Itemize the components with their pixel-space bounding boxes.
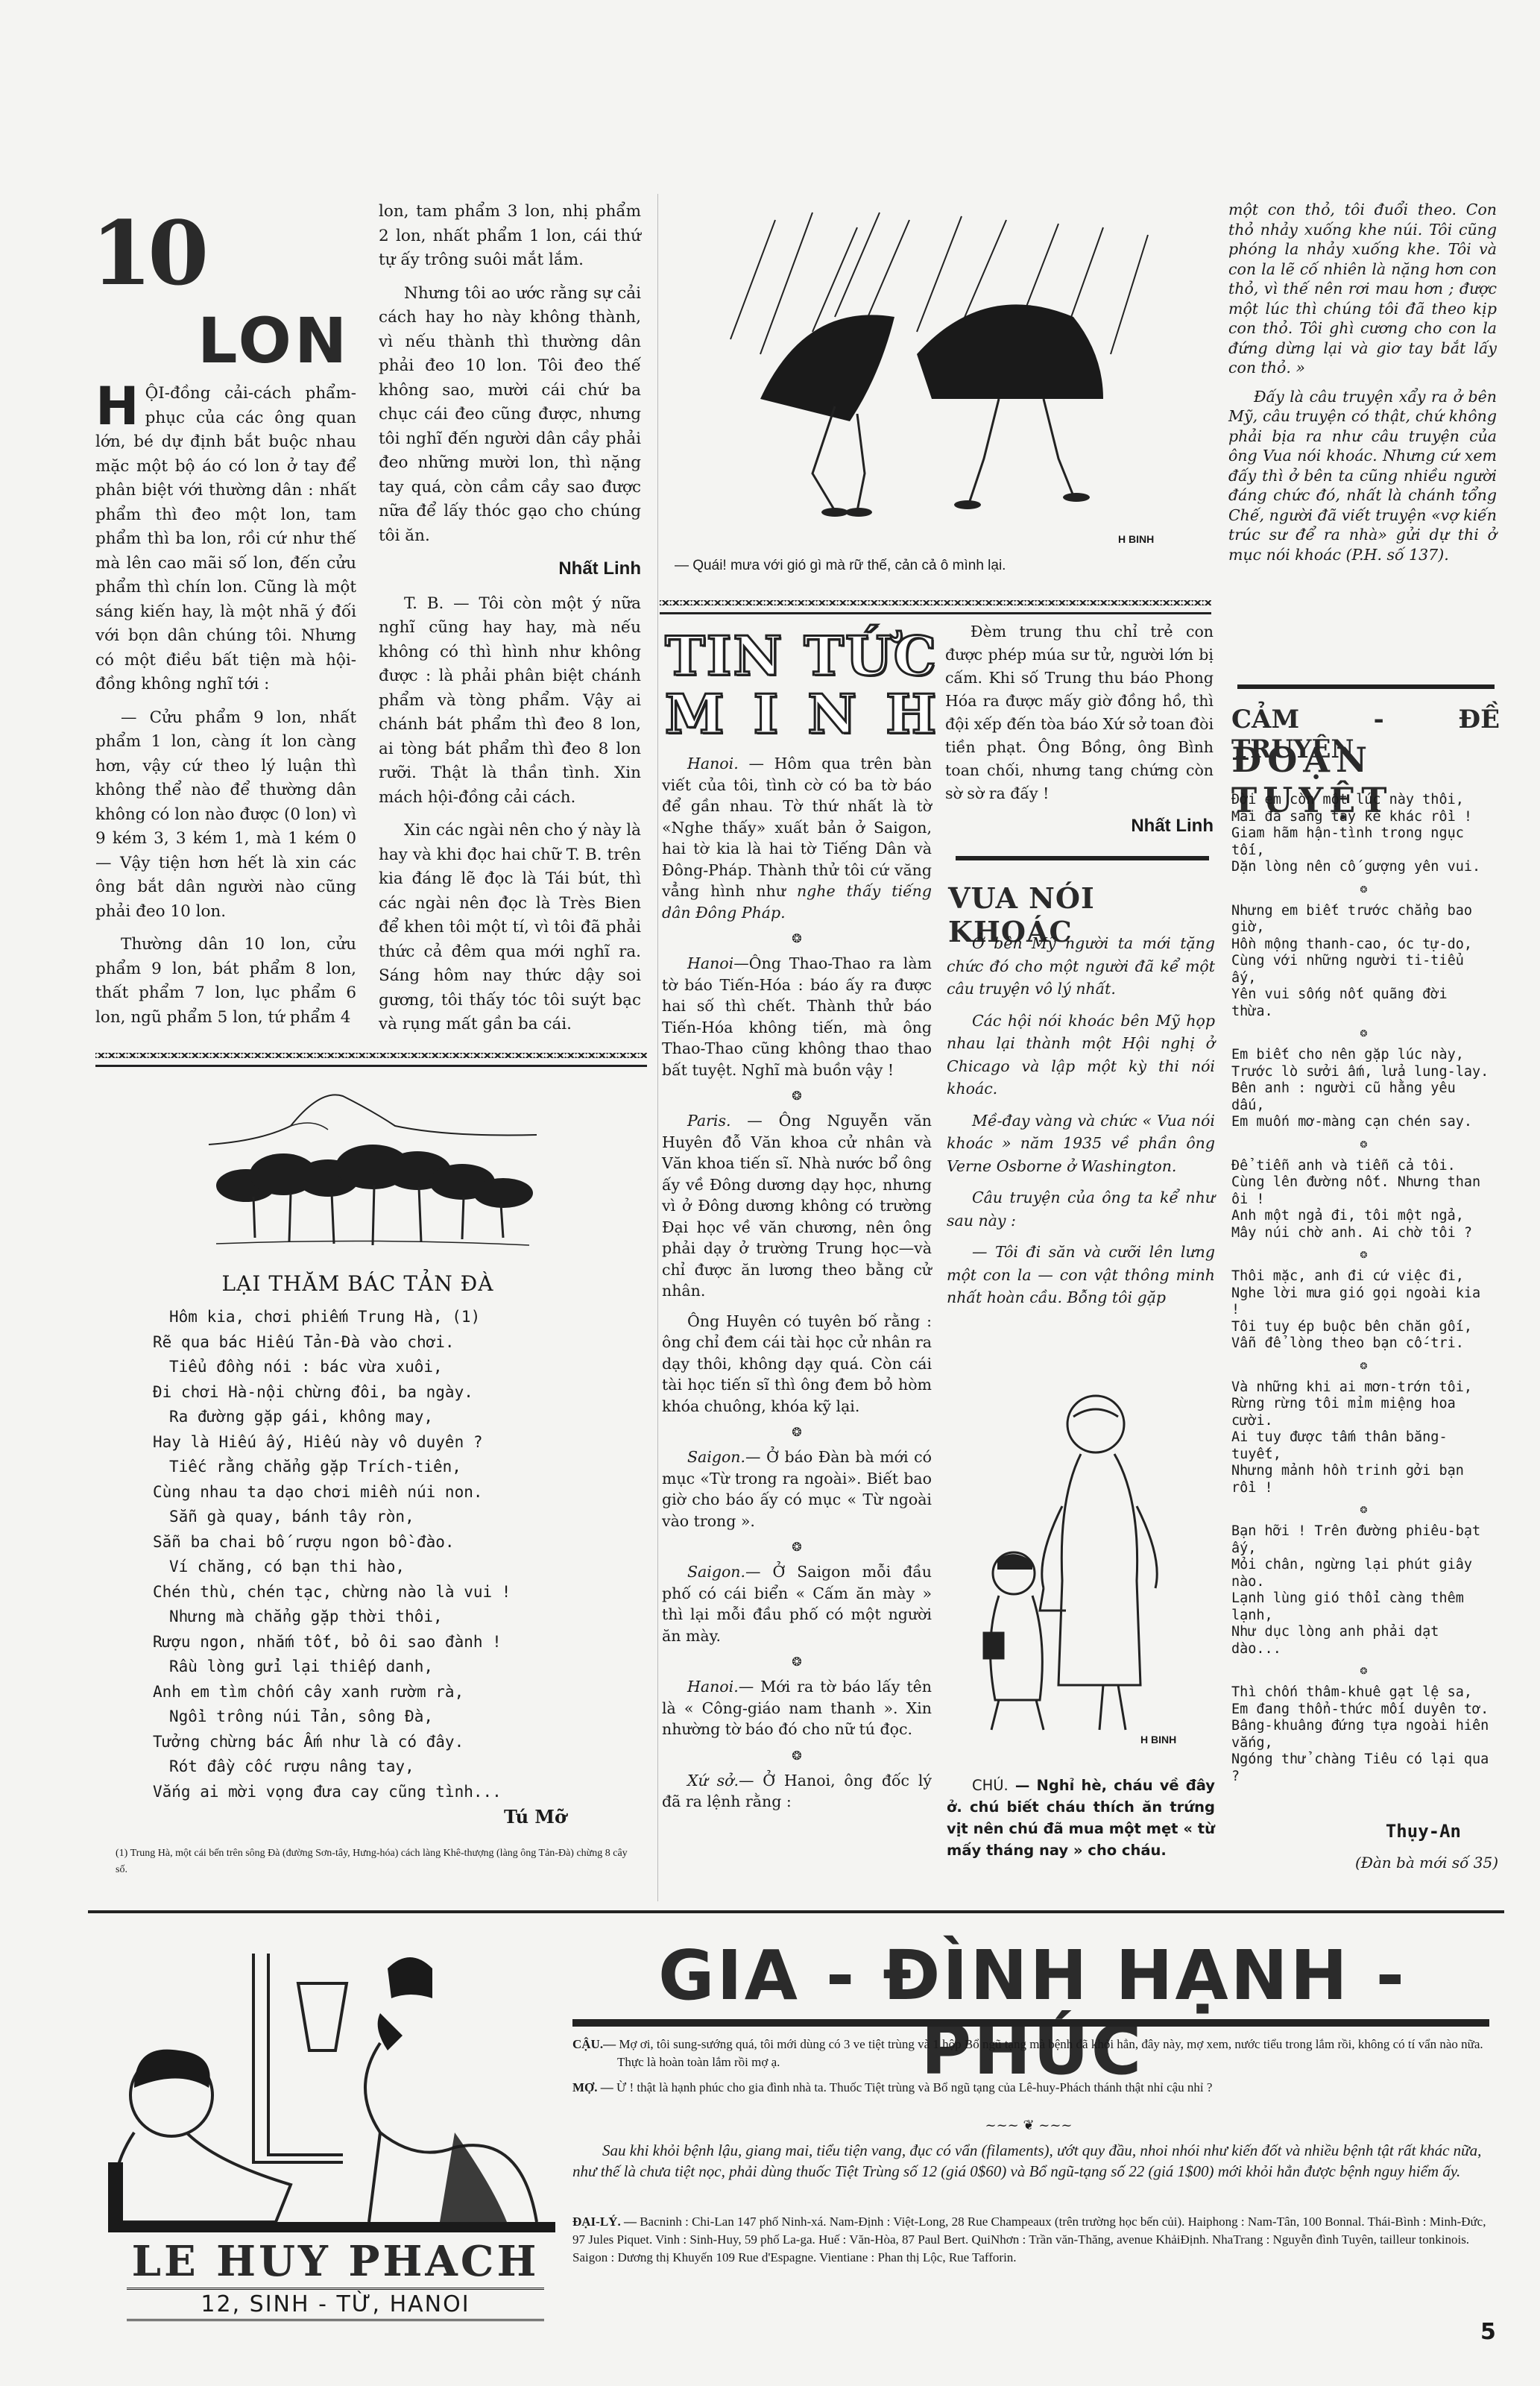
- ornament-divider: ❂: [1231, 1026, 1496, 1039]
- poem-line: Tiếc rằng chẳng gặp Trích-tiên,: [153, 1455, 570, 1480]
- poem-line: Sẵn ba chai bố rượu ngon bồ-đào.: [153, 1530, 570, 1555]
- news-dateline: Hanoi.: [687, 1678, 739, 1696]
- news-item: Paris. — Ông Nguyễn văn Huyên đỗ Văn kho…: [662, 1110, 932, 1302]
- postscript: T. B. — Tôi còn một ý nữa nghĩ cũng hay …: [379, 592, 641, 810]
- paragraph: Câu truyện của ông ta kể như sau này :: [947, 1186, 1215, 1232]
- poem-title: LẠI THĂM BÁC TẢN ĐÀ: [149, 1271, 567, 1296]
- paragraph: Mề-đay vàng và chức « Vua nói khoác » nă…: [947, 1109, 1215, 1178]
- article-title-word: LON: [198, 309, 350, 372]
- news-text: — Hôm qua trên bàn viết của tôi, tình cờ…: [662, 755, 932, 900]
- poem-doan-tuyet: Đời em còn một lúc này thôi,Mai đã sang …: [1231, 792, 1496, 1785]
- poem-line: Giam hãm hận-tình trong ngục tối,: [1231, 825, 1496, 859]
- poem-line: Hồn mộng thanh-cao, óc tự-do,: [1231, 937, 1496, 954]
- poem-stanza: Đời em còn một lúc này thôi,Mai đã sang …: [1231, 792, 1496, 876]
- ad-dialogue: CẬU.— Mợ ơi, tôi sung-sướng quá, tôi mới…: [572, 2036, 1489, 2097]
- poem-line: Rầu lòng gửi lại thiếp danh,: [153, 1655, 570, 1680]
- paragraph: một con thỏ, tôi đuổi theo. Con thỏ nhảy…: [1228, 200, 1497, 378]
- ad-brand-name: LE HUY PHACH: [127, 2237, 544, 2286]
- poem-author: Tú Mỡ: [447, 1806, 567, 1828]
- poem-line: Lạnh lùng gió thổi càng thêm lạnh,: [1231, 1590, 1496, 1624]
- news-item: Hanoi.— Mới ra tờ báo lấy tên là « Công-…: [662, 1676, 932, 1740]
- uncle-child-cartoon: [969, 1387, 1215, 1745]
- poem-stanza: Và những khi ai mơn-trớn tôi,Rừng rừng t…: [1231, 1379, 1496, 1497]
- ornament-divider: ❂: [662, 1089, 932, 1103]
- poem-line: Anh một ngả đi, tôi một ngả,: [1231, 1208, 1496, 1225]
- poem-line: Tôi tuy ép buộc bên chăn gối,: [1231, 1319, 1496, 1336]
- paragraph: Đấy là câu truyện xẩy ra ở bên Mỹ, câu t…: [1228, 387, 1497, 565]
- poem-line: Đi chơi Hà-nội chừng đôi, ba ngày.: [153, 1380, 570, 1406]
- poem-line: Nhưng mảnh hồn trinh gởi bạn rồi !: [1231, 1463, 1496, 1496]
- poem-line: Hay là Hiếu ấy, Hiếu này vô duyên ?: [153, 1430, 570, 1455]
- paragraph: lon, tam phẩm 3 lon, nhị phẩm 2 lon, nhấ…: [379, 200, 641, 273]
- poem-line: Thì chốn thâm-khuê gạt lệ sa,: [1231, 1684, 1496, 1702]
- poem-line: Ngồi trông núi Tản, sông Đà,: [153, 1704, 570, 1730]
- ornament-divider: ❂: [662, 1749, 932, 1763]
- poem-line: Và những khi ai mơn-trớn tôi,: [1231, 1379, 1496, 1397]
- ornament-divider: ❂: [662, 1426, 932, 1439]
- postscript: Xin các ngài nên cho ý này là hay và khi…: [379, 819, 641, 1037]
- poem-line: Bâng-khuâng đứng tựa ngoài hiên vắng,: [1231, 1718, 1496, 1751]
- poem-line: Ai tuy được tấm thân băng-tuyết,: [1231, 1429, 1496, 1463]
- poem-stanza: Thôi mặc, anh đi cứ việc đi,Nghe lời mưa…: [1231, 1268, 1496, 1353]
- poem-line: Cùng nhau ta dạo chơi miền núi non.: [153, 1480, 570, 1505]
- article-10-lon-continued: lon, tam phẩm 3 lon, nhị phẩm 2 lon, nhấ…: [379, 200, 641, 1046]
- poem-line: Như dục lòng anh phải dạt dào...: [1231, 1624, 1496, 1658]
- ornament-divider: ❂: [1231, 1247, 1496, 1261]
- poem-stanza: Em biết cho nên gặp lúc này,Trước lò sưở…: [1231, 1047, 1496, 1131]
- divider-rule: [660, 612, 1211, 614]
- poem-line: Bạn hỡi ! Trên đường phiêu-bạt ấy,: [1231, 1523, 1496, 1557]
- decorative-divider: [660, 600, 1211, 611]
- footnote: (1) Trung Hà, một cái bến trên sông Đà (…: [116, 1845, 641, 1878]
- poem-line: Trước lò sưởi ấm, lửa lung-lay.: [1231, 1064, 1496, 1081]
- paragraph: HỘI-đồng cải-cách phẩm-phục của các ông …: [95, 382, 356, 697]
- speaker: CHÚ.: [972, 1777, 1009, 1794]
- poem-line: Sẵn gà quay, bánh tây ròn,: [153, 1505, 570, 1530]
- poem-line: Vẫn để lòng theo bạn cố-tri.: [1231, 1335, 1496, 1353]
- poem-line: Cùng với những người ti-tiểu ấy,: [1231, 953, 1496, 986]
- paragraph: Các hội nói khoác bên Mỹ họp nhau lại th…: [947, 1010, 1215, 1101]
- dialogue-line-mo: MỢ. — Ừ ! thật là hạnh phúc cho gia đình…: [572, 2079, 1489, 2097]
- poem-line: Tiểu đồng nói : bác vừa xuôi,: [153, 1355, 570, 1380]
- ad-ornament: ~~~ ❦ ~~~: [909, 2118, 1148, 2133]
- poem-line: Tưởng chừng bác Ấm như là có đây.: [153, 1730, 570, 1755]
- paragraph: Thường dân 10 lon, cửu phẩm 9 lon, bát p…: [95, 933, 356, 1030]
- poem-line: Em biết cho nên gặp lúc này,: [1231, 1047, 1496, 1064]
- poem-line: Đời em còn một lúc này thôi,: [1231, 792, 1496, 809]
- poem-stanza: Bạn hỡi ! Trên đường phiêu-bạt ấy,Mỏi ch…: [1231, 1523, 1496, 1658]
- news-item: Hanoi—Ông Thao-Thao ra làm tờ báo Tiến-H…: [662, 953, 932, 1080]
- poem-line: Mỏi chân, ngừng lại phút giây nào.: [1231, 1557, 1496, 1590]
- news-item: Xứ sở.— Ở Hanoi, ông đốc lý đã ra lệnh r…: [662, 1770, 932, 1813]
- poem-line: Mây núi chờ anh. Ai chờ tôi ?: [1231, 1225, 1496, 1242]
- poem-line: Thôi mặc, anh đi cứ việc đi,: [1231, 1268, 1496, 1285]
- news-dateline: Paris.: [687, 1112, 731, 1130]
- poem-stanza: Để tiễn anh và tiễn cả tôi.Cùng lên đườn…: [1231, 1158, 1496, 1242]
- ornament-divider: ❂: [1231, 1663, 1496, 1677]
- poem-author: Thụy-An: [1327, 1821, 1461, 1842]
- poem-line: Vắng ai mời vọng đưa cay cũng tình...: [153, 1780, 570, 1805]
- poem-line: Anh em tìm chốn cây xanh rườm rà,: [153, 1680, 570, 1705]
- poem-line: Cùng lên đường nốt. Nhưng than ôi !: [1231, 1174, 1496, 1208]
- news-item: Saigon.— Ở Saigon mỗi đầu phố có cái biể…: [662, 1561, 932, 1646]
- ornament-divider: ❂: [662, 932, 932, 945]
- news-dateline: Saigon.: [687, 1563, 745, 1581]
- ad-address: 12, SINH - TỪ, HANOI: [127, 2288, 544, 2321]
- column-divider: [657, 194, 658, 1901]
- poem-line: Rót đầy cốc rượu nâng tay,: [153, 1754, 570, 1780]
- poem-line: Hôm kia, chơi phiếm Trung Hà, (1): [153, 1305, 570, 1330]
- cartoon-caption: CHÚ. — Nghỉ hè, cháu về đây ở. chú biết …: [947, 1775, 1215, 1870]
- poem-source: (Đàn bà mới số 35): [1327, 1854, 1498, 1872]
- paragraph: Đèm trung thu chỉ trẻ con được phép múa …: [945, 620, 1214, 805]
- poem-line: Ra đường gặp gái, không may,: [153, 1405, 570, 1430]
- page-number: 5: [1480, 2319, 1496, 2345]
- author-signature: Nhất Linh: [379, 557, 641, 582]
- divider-rule: [956, 856, 1209, 860]
- poem-tan-da: Hôm kia, chơi phiếm Trung Hà, (1)Rẽ qua …: [153, 1305, 570, 1804]
- vua-noi-khoac-article: Ở bên Mỹ người ta mới tặng chức đó cho m…: [947, 932, 1215, 1318]
- ornament-divider: ❂: [1231, 882, 1496, 895]
- author-signature: Nhất Linh: [945, 814, 1214, 837]
- poem-line: Nghe lời mưa gió gọi ngoài kia !: [1231, 1285, 1496, 1319]
- poem-stanza: Nhưng em biết trước chẳng bao giờ,Hồn mộ…: [1231, 903, 1496, 1021]
- poem-line: Dặn lòng nên cố gượng yên vui.: [1231, 859, 1496, 876]
- paragraph: Nhưng tôi ao ước rằng sự cải cách hay ho…: [379, 282, 641, 549]
- news-text: —Ông Thao-Thao ra làm tờ báo Tiến-Hóa : …: [662, 954, 932, 1079]
- ornament-divider: ❂: [1231, 1359, 1496, 1372]
- decorative-divider: [95, 1053, 647, 1063]
- section-title-tin-tuc: TIN TỨC: [660, 626, 943, 686]
- poem-line: Em muốn mơ-màng cạn chén say.: [1231, 1114, 1496, 1131]
- landscape-illustration: [201, 1074, 544, 1253]
- cartoon-artist-signature: H BINH: [1118, 533, 1154, 545]
- paragraph: Ở bên Mỹ người ta mới tặng chức đó cho m…: [947, 932, 1215, 1001]
- article-10-lon-body: HỘI-đồng cải-cách phẩm-phục của các ông …: [95, 382, 356, 1039]
- cartoon-caption: — Quái! mưa với gió gì mà rữ thế, cản cả…: [675, 558, 1181, 574]
- poem-line: Yên vui sống nốt quãng đời thừa.: [1231, 986, 1496, 1020]
- poem-line: Mai đã sang tay kẻ khác rồi !: [1231, 809, 1496, 826]
- news-item: Saigon.— Ở báo Đàn bà mới có mục «Từ tro…: [662, 1447, 932, 1532]
- news-items: Hanoi. — Hôm qua trên bàn viết của tôi, …: [662, 753, 932, 1822]
- news-item: Ông Huyên có tuyên bố rằng : ông chỉ đem…: [662, 1311, 932, 1417]
- poem-line: Rừng rừng tôi mỉm miệng hoa cười.: [1231, 1396, 1496, 1429]
- poem-stanza: Thì chốn thâm-khuê gạt lệ sa,Em đang thổ…: [1231, 1684, 1496, 1785]
- news-dateline: Hanoi: [687, 954, 733, 972]
- news-dateline: Xứ sở.: [687, 1772, 739, 1789]
- ornament-divider: ❂: [1231, 1137, 1496, 1150]
- poem-line: Ngóng thử chàng Tiêu có lại qua ?: [1231, 1751, 1496, 1785]
- news-dateline: Hanoi.: [687, 755, 739, 772]
- vua-noi-khoac-continued: một con thỏ, tôi đuổi theo. Con thỏ nhảy…: [1228, 200, 1497, 573]
- news-item: Hanoi. — Hôm qua trên bàn viết của tôi, …: [662, 753, 932, 923]
- section-title-minh: M I N H: [660, 684, 943, 744]
- news-dateline: Saigon.: [687, 1448, 745, 1466]
- ad-headline-underline: [572, 2019, 1489, 2027]
- paragraph: — Tôi đi săn và cưỡi lên lưng một con la…: [947, 1241, 1215, 1309]
- poem-line: Nhưng mà chẳng gặp thời thôi,: [153, 1605, 570, 1630]
- rain-cartoon: [686, 205, 1193, 555]
- ad-agents: ĐẠI-LÝ. — Bacninh : Chi-Lan 147 phố Ninh…: [572, 2213, 1489, 2267]
- poem-line: Ví chăng, có bạn thi hào,: [153, 1555, 570, 1580]
- ad-body: Sau khi khỏi bệnh lậu, giang mai, tiểu t…: [572, 2140, 1489, 2182]
- divider-rule: [95, 1065, 647, 1067]
- poem-line: Rẽ qua bác Hiếu Tản-Đà vào chơi.: [153, 1330, 570, 1356]
- poem-line: Chén thù, chén tạc, chừng nào là vui !: [153, 1580, 570, 1605]
- ornament-divider: ❂: [1231, 1502, 1496, 1516]
- dialogue-line-cau: CẬU.— Mợ ơi, tôi sung-sướng quá, tôi mới…: [572, 2036, 1489, 2071]
- poem-line: Bên anh : người cũ hằng yêu dấu,: [1231, 1080, 1496, 1114]
- news-text: — Ông Nguyễn văn Huyên đỗ Văn khoa cử nh…: [662, 1112, 932, 1300]
- ad-top-border: [88, 1910, 1504, 1913]
- drop-cap: H: [95, 385, 139, 428]
- poem-line: Để tiễn anh và tiễn cả tôi.: [1231, 1158, 1496, 1175]
- poem-line: Rượu ngon, nhắm tốt, bỏ ôi sao đành !: [153, 1630, 570, 1655]
- poem-line: Em đang thổn-thức mối duyên tơ.: [1231, 1702, 1496, 1719]
- paragraph: CHÚ. — Nghỉ hè, cháu về đây ở. chú biết …: [947, 1775, 1215, 1861]
- cartoon-artist-signature: H BINH: [1140, 1734, 1176, 1746]
- ad-illustration-couple: [104, 1939, 567, 2237]
- article-title-number: 10: [91, 213, 204, 295]
- poem-line: Nhưng em biết trước chẳng bao giờ,: [1231, 903, 1496, 937]
- ornament-divider: ❂: [662, 1540, 932, 1554]
- paragraph: — Cửu phẩm 9 lon, nhất phẩm 1 lon, càng …: [95, 706, 356, 925]
- ornament-divider: ❂: [662, 1655, 932, 1669]
- divider-rule: [1237, 684, 1495, 689]
- trung-thu-article: Đèm trung thu chỉ trẻ con được phép múa …: [945, 620, 1214, 848]
